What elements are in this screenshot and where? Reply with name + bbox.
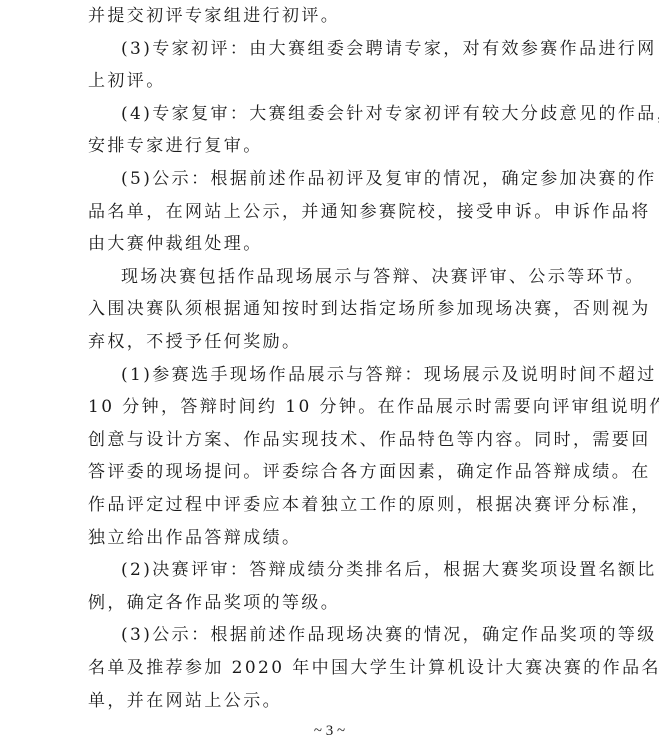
text-line: 上初评。 <box>88 65 166 98</box>
text-line: 例，确定各作品奖项的等级。 <box>88 587 340 620</box>
text-line: 单，并在网站上公示。 <box>88 685 282 718</box>
text-line: 答评委的现场提问。评委综合各方面因素，确定作品答辩成绩。在 <box>88 456 651 489</box>
page-number: ~ 3 ~ <box>0 723 659 740</box>
text-line: 并提交初评专家组进行初评。 <box>88 0 340 33</box>
text-line: 安排专家进行复审。 <box>88 130 263 163</box>
text-line: (3)专家初评：由大赛组委会聘请专家，对有效参赛作品进行网 <box>121 33 657 66</box>
text-line: 入围决赛队须根据通知按时到达指定场所参加现场决赛，否则视为 <box>88 293 651 326</box>
text-line: 独立给出作品答辩成绩。 <box>88 522 301 555</box>
text-line: (4)专家复审：大赛组委会针对专家初评有较大分歧意见的作品， <box>121 98 659 131</box>
text-line: 创意与设计方案、作品实现技术、作品特色等内容。同时，需要回 <box>88 424 651 457</box>
text-line: 现场决赛包括作品现场展示与答辩、决赛评审、公示等环节。 <box>121 261 645 294</box>
text-line: 作品评定过程中评委应本着独立工作的原则，根据决赛评分标准， <box>88 489 651 522</box>
text-line: (2)决赛评审：答辩成绩分类排名后，根据大赛奖项设置名额比 <box>121 554 657 587</box>
text-line: (1)参赛选手现场作品展示与答辩：现场展示及说明时间不超过 <box>121 359 657 392</box>
text-line: (5)公示：根据前述作品初评及复审的情况，确定参加决赛的作 <box>121 163 657 196</box>
text-line: 弃权，不授予任何奖励。 <box>88 326 301 359</box>
text-line: 品名单，在网站上公示，并通知参赛院校，接受申诉。申诉作品将 <box>88 196 651 229</box>
text-line: 10 分钟，答辩时间约 10 分钟。在作品展示时需要向评审组说明作品 <box>88 391 659 424</box>
text-line: 名单及推荐参加 2020 年中国大学生计算机设计大赛决赛的作品名 <box>88 652 659 685</box>
text-line: 由大赛仲裁组处理。 <box>88 228 263 261</box>
text-line: (3)公示：根据前述作品现场决赛的情况，确定作品奖项的等级 <box>121 619 657 652</box>
